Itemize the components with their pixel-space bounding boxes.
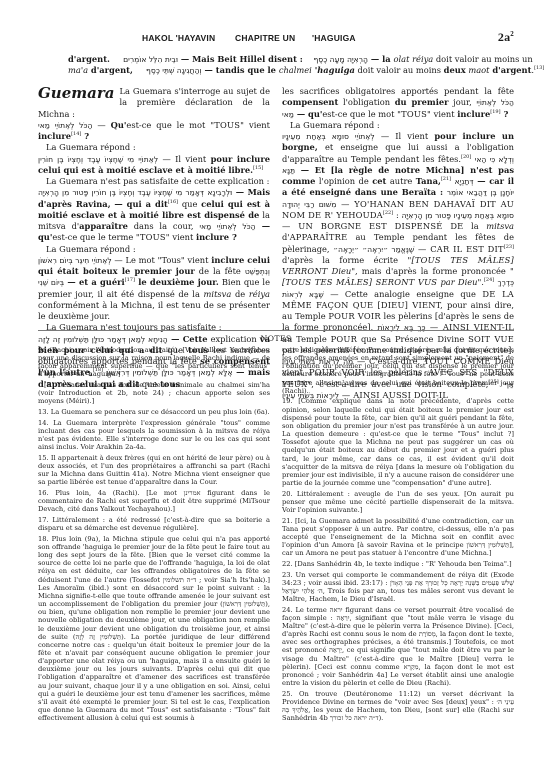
paragraph: les sacrifices obligatoires apportés pen…	[282, 86, 514, 120]
mishna-line: d'argent. וּבֵית הִלֵּל אוֹמְרִים — Mais…	[38, 54, 514, 65]
footnote-ref[interactable]: [24]	[484, 277, 494, 283]
note-item: [R' Yo'hanan n'a pas fixé de valeur mini…	[38, 381, 270, 405]
paragraph: La Guemara n'est toujours pas satisfaite…	[38, 322, 270, 333]
folio-number: 2a2	[498, 30, 514, 45]
paragraph: לְאֵתוֹיֵי מִי שֶׁחֶצְיוֹ עֶבֶד וְחֶצְיו…	[38, 154, 270, 177]
hebrew-text: הָרְאִיָּה מָעָה כֶסֶף	[313, 55, 368, 64]
footnote-ref[interactable]: [21]	[441, 176, 451, 182]
footnote-ref[interactable]: [15]	[253, 165, 263, 171]
hebrew-text: וּבֵית הִלֵּל אוֹמְרִים	[123, 55, 178, 64]
tractate-title: 'HAGUIGA	[312, 33, 356, 43]
note-item: 23. Un verset qui comporte le commandeme…	[282, 571, 514, 604]
mishna-continuation: d'argent. וּבֵית הִלֵּל אוֹמְרִים — Mais…	[38, 54, 514, 76]
book-page: HAKOL 'HAYAVIN CHAPITRE UN 'HAGUIGA 2a2 …	[38, 0, 514, 768]
paragraph: הַכֹּל לְאֵתוֹיֵי מַאי — Qu'est-ce que l…	[38, 120, 270, 143]
note-item: 25. On trouve (Deutéronome 11:12) un ver…	[282, 690, 514, 723]
note-item: 16. Plus loin, 4a (Rachi). [Le mot אמרינ…	[38, 489, 270, 513]
footnote-ref[interactable]: [19]	[490, 109, 500, 115]
note-item: 13. La Guemara se penchera sur ce désacc…	[38, 408, 270, 416]
running-head: HAKOL 'HAYAVIN CHAPITRE UN 'HAGUIGA 2a2	[38, 30, 514, 46]
note-item: 15. Il appartenait à deux frères (qui en…	[38, 454, 270, 487]
mishna-line: ma'a d'argent, וְהַחֲגִיגָה שְׁתֵּי כֶסֶ…	[38, 65, 514, 76]
paragraph: La Guemara répond :	[38, 142, 270, 153]
note-item: cette obligation différée. Par contre, d…	[282, 346, 514, 395]
footnote-ref[interactable]: [20]	[461, 154, 471, 160]
hebrew-text: וְהַחֲגִיגָה שְׁתֵּי כֶסֶף	[146, 66, 202, 75]
footnote-ref[interactable]: [22]	[383, 210, 393, 216]
paragraph: La Guemara n'est pas satisfaite de cette…	[38, 176, 270, 187]
footnote-ref[interactable]: [13]	[534, 65, 544, 71]
note-item: 9a (Rachi ; voir l'introduction au trait…	[38, 346, 270, 379]
note-item: 21. [Ici, la Guemara admet la possibilit…	[282, 517, 514, 558]
guemara-section: Guemara La Guemara s'interroge au sujet …	[38, 86, 514, 322]
note-item: 17. Littéralement : a été redressé [c'es…	[38, 516, 270, 532]
notes-divider	[38, 330, 514, 331]
note-item: 20. Littéralement : aveugle de l'un de s…	[282, 490, 514, 514]
guemara-heading: Guemara	[38, 84, 114, 102]
notes-right-column: cette obligation différée. Par contre, d…	[282, 346, 514, 725]
chapter-title: CHAPITRE UN	[235, 33, 295, 43]
tractate-section-title: HAKOL 'HAYAVIN	[142, 33, 215, 43]
footnote-ref[interactable]: [14]	[71, 131, 81, 137]
note-item: 14. La Guemara interprète l'expression g…	[38, 419, 270, 452]
paragraph: La Guemara répond :	[38, 244, 270, 255]
footnote-ref[interactable]: [23]	[504, 244, 514, 250]
notes-left-column: 9a (Rachi ; voir l'introduction au trait…	[38, 346, 270, 725]
paragraph: לְאֵתוֹיֵי חִיגֵּר בְּיוֹם רִאשׁוֹן — Le…	[38, 255, 270, 323]
note-item: 18. Plus loin (9a), la Michna stipule qu…	[38, 535, 270, 723]
notes-heading: NOTES	[38, 334, 514, 343]
footnote-ref[interactable]: [17]	[125, 277, 135, 283]
note-item: 19. [Comme expliqué dans la note précéde…	[282, 397, 514, 487]
paragraph: דְּאָמַר מִי שֶׁחֶצְיוֹ עֶבֶד וְחֶצְיוֹ …	[38, 187, 270, 243]
guemara-left-column: Guemara La Guemara s'interroge au sujet …	[38, 86, 270, 390]
footnote-ref[interactable]: [16]	[168, 199, 178, 205]
note-item: 24. Le terme יראה figurant dans ce verse…	[282, 606, 514, 688]
paragraph: La Guemara répond :	[282, 120, 514, 131]
note-item: 22. [Dans Sanhédrin 4b, le texte indique…	[282, 560, 514, 568]
